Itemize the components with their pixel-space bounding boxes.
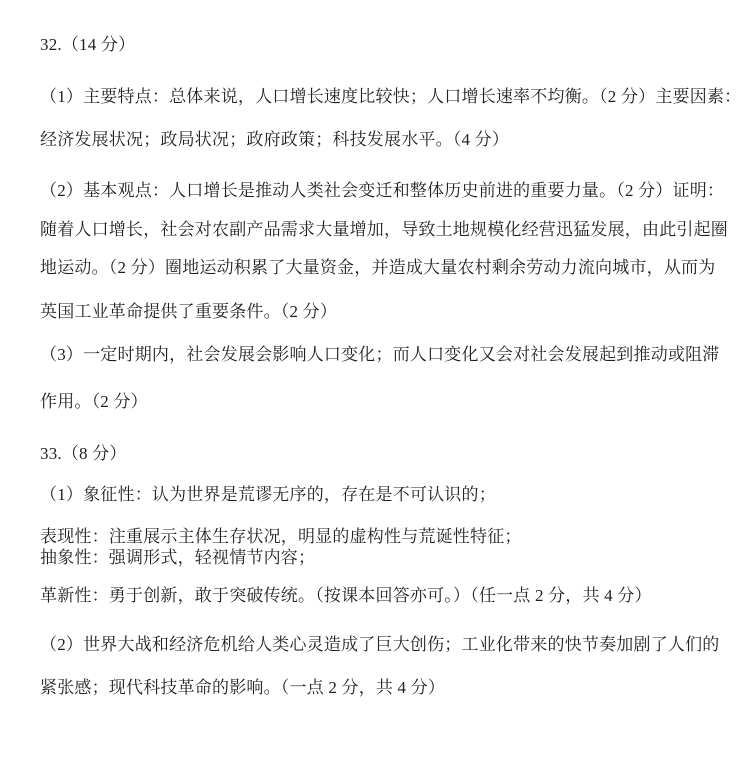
q32-answer2-line1: （2）基本观点：人口增长是推动人类社会变迁和整体历史前进的重要力量。（2 分）证… bbox=[40, 179, 730, 203]
q32-answer2-line3: 地运动。（2 分）圈地运动积累了大量资金，并造成大量农村剩余劳动力流向城市，从而… bbox=[40, 256, 730, 280]
q33-answer1-line3: 抽象性：强调形式，轻视情节内容； bbox=[40, 546, 730, 570]
question-32-heading: 32.（14 分） bbox=[40, 33, 730, 57]
q32-answer3-line1: （3）一定时期内，社会发展会影响人口变化；而人口变化又会对社会发展起到推动或阻滞 bbox=[40, 343, 730, 367]
answer-sheet-page: 32.（14 分） （1）主要特点：总体来说，人口增长速度比较快；人口增长速率不… bbox=[0, 0, 756, 758]
q33-answer1-line1: （1）象征性：认为世界是荒谬无序的，存在是不可认识的； bbox=[40, 483, 730, 507]
q32-answer2-line4: 英国工业革命提供了重要条件。（2 分） bbox=[40, 300, 730, 324]
q32-answer1-line1: （1）主要特点：总体来说，人口增长速度比较快；人口增长速率不均衡。（2 分）主要… bbox=[40, 85, 730, 109]
q32-answer3-line2: 作用。（2 分） bbox=[40, 390, 730, 414]
question-33-heading: 33.（8 分） bbox=[40, 442, 730, 466]
q32-answer1-line2: 经济发展状况；政局状况；政府政策；科技发展水平。（4 分） bbox=[40, 128, 730, 152]
q32-answer2-line2: 随着人口增长，社会对农副产品需求大量增加，导致土地规模化经营迅猛发展，由此引起圈 bbox=[40, 218, 730, 242]
q33-answer2-line2: 紧张感；现代科技革命的影响。（一点 2 分，共 4 分） bbox=[40, 676, 730, 700]
q33-answer2-line1: （2）世界大战和经济危机给人类心灵造成了巨大创伤；工业化带来的快节奏加剧了人们的 bbox=[40, 633, 730, 657]
q33-answer1-line4: 革新性：勇于创新，敢于突破传统。（按课本回答亦可。）（任一点 2 分，共 4 分… bbox=[40, 584, 730, 608]
